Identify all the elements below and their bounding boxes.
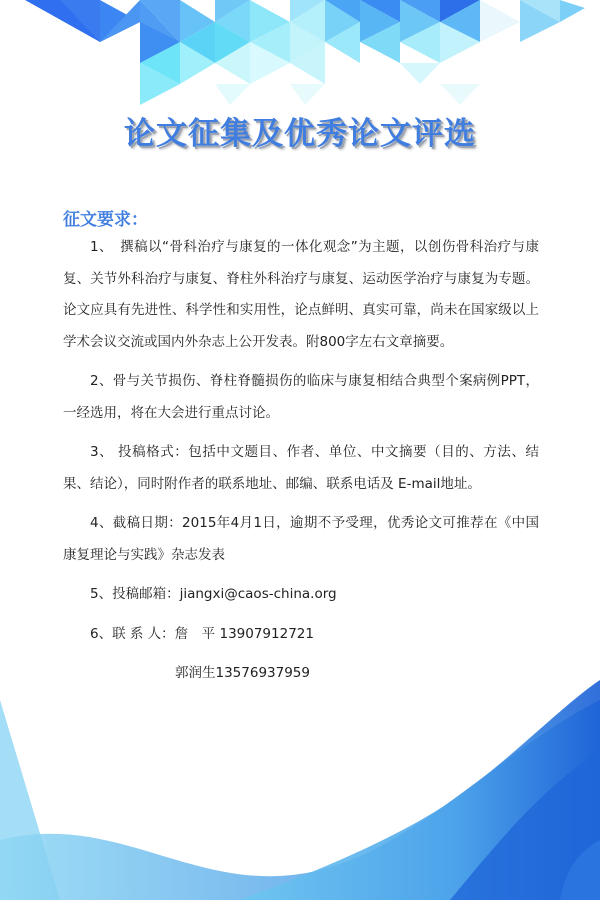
- item-text: 骨与关节损伤、脊柱脊髓损伤的临床与康复相结合典型个案病例PPT，一经选用，将在大…: [63, 373, 539, 421]
- item-number: 6、: [90, 626, 112, 642]
- requirements-list: 1、 撰稿以“骨科治疗与康复的一体化观念”为主题，以创伤骨科治疗与康复、关节外科…: [63, 232, 539, 690]
- item-text: 截稿日期：2015年4月1日，逾期不予受理，优秀论文可推荐在《中国康复理论与实践…: [63, 515, 539, 563]
- poster: 论文征集及优秀论文评选 征文要求： 1、 撰稿以“骨科治疗与康复的一体化观念”为…: [0, 0, 600, 900]
- email-label: 投稿邮箱：: [112, 586, 180, 602]
- submission-email-link[interactable]: jiangxi@caos-china.org: [180, 586, 337, 602]
- requirement-item-2: 2、骨与关节损伤、脊柱脊髓损伤的临床与康复相结合典型个案病例PPT，一经选用，将…: [63, 366, 539, 429]
- item-number: 5、: [90, 586, 112, 602]
- section-heading: 征文要求：: [63, 205, 148, 230]
- item-text: 撰稿以“骨科治疗与康复的一体化观念”为主题，以创伤骨科治疗与康复、关节外科治疗与…: [63, 239, 539, 350]
- requirement-item-3: 3、 投稿格式：包括中文题目、作者、单位、中文摘要（目的、方法、结果、结论），同…: [63, 437, 539, 500]
- requirement-item-4: 4、截稿日期：2015年4月1日，逾期不予受理，优秀论文可推荐在《中国康复理论与…: [63, 508, 539, 571]
- contact-name-2: 郭润生: [175, 665, 216, 681]
- contact-label: 联 系 人：: [112, 626, 175, 642]
- page-title: 论文征集及优秀论文评选: [0, 108, 600, 153]
- contact-phone-2: 13576937959: [216, 665, 310, 681]
- item-number: 4、: [90, 515, 113, 531]
- contact-phone-1: 13907912721: [219, 626, 313, 642]
- item-number: 1、: [90, 239, 106, 255]
- contact-name-1: 詹 平: [175, 626, 216, 642]
- item-number: 3、: [90, 444, 113, 460]
- item-number: 2、: [90, 373, 113, 389]
- item-text: 投稿格式：包括中文题目、作者、单位、中文摘要（目的、方法、结果、结论），同时附作…: [63, 444, 539, 492]
- requirement-item-6: 6、联 系 人：詹 平 13907912721: [63, 619, 539, 651]
- contact-line-2: 郭润生13576937959: [63, 658, 539, 690]
- requirement-item-5: 5、投稿邮箱：jiangxi@caos-china.org: [63, 579, 539, 611]
- requirement-item-1: 1、 撰稿以“骨科治疗与康复的一体化观念”为主题，以创伤骨科治疗与康复、关节外科…: [63, 232, 539, 358]
